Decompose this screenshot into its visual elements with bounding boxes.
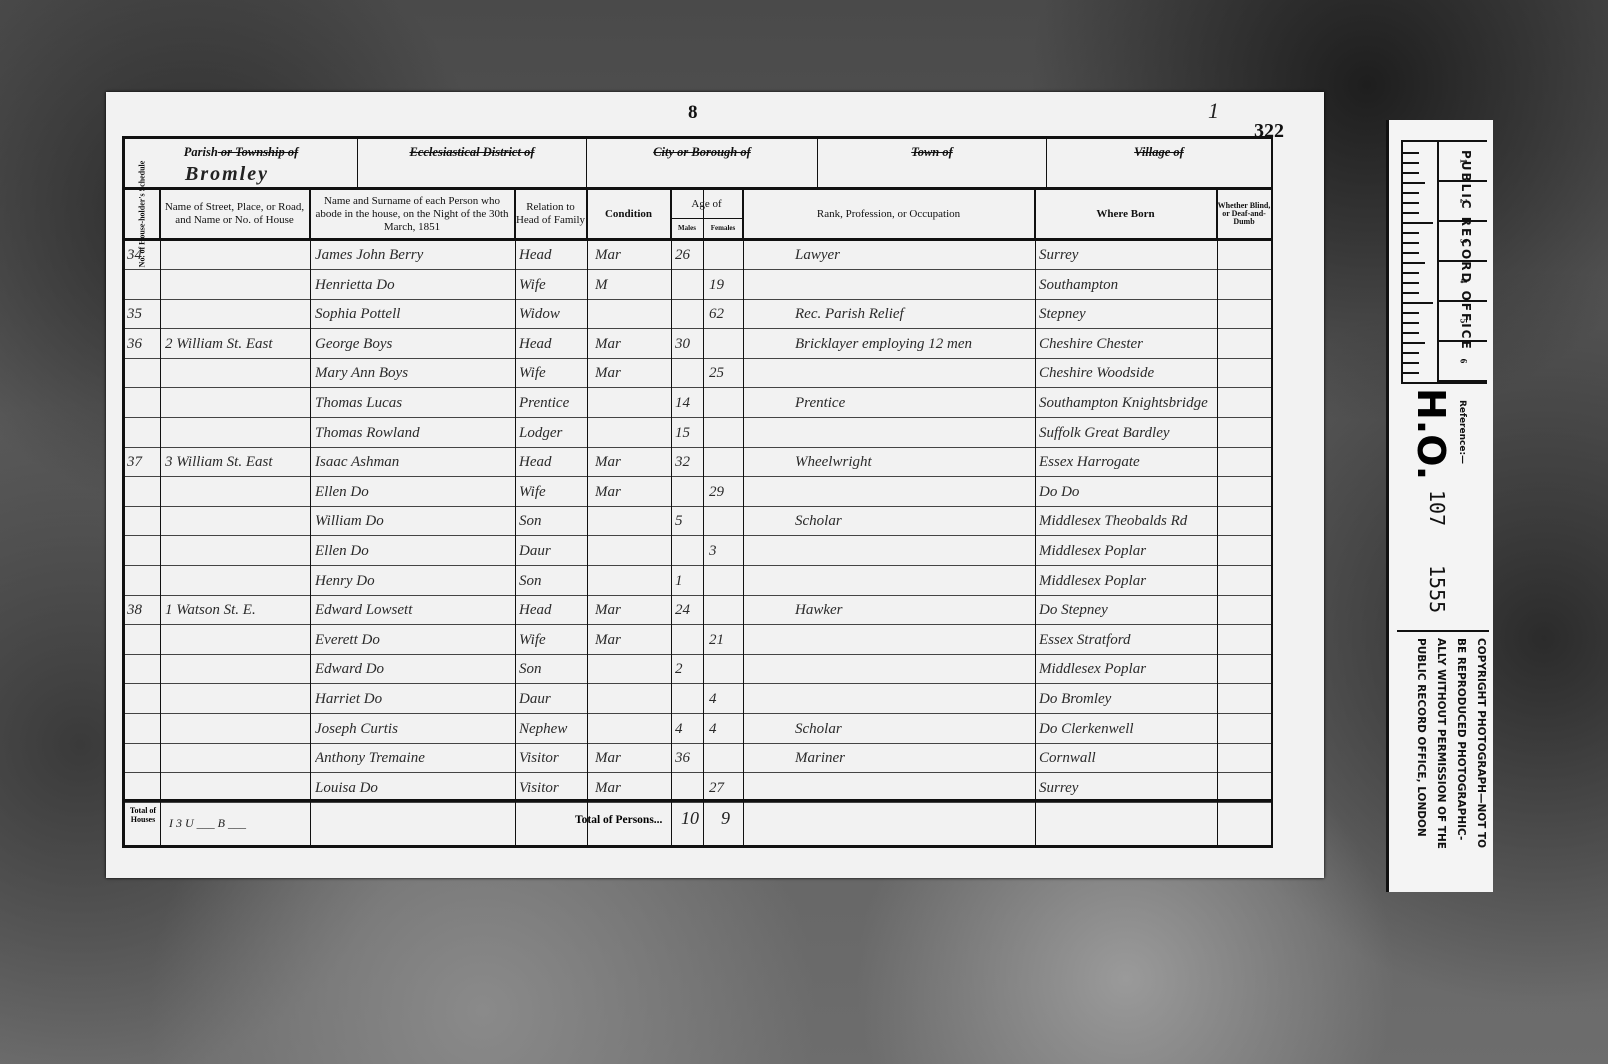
column-divider xyxy=(1217,190,1218,845)
female-age-cell: 19 xyxy=(709,271,741,299)
ruler-tick xyxy=(1403,222,1433,224)
occupation-cell: Lawyer xyxy=(765,241,1063,269)
ruler-tick xyxy=(1403,252,1419,254)
copyright-line-4: PUBLIC RECORD OFFICE, LONDON xyxy=(1415,638,1427,837)
table-row: Thomas RowlandLodger15Suffolk Great Bard… xyxy=(125,419,1271,448)
where-born-cell: Middlesex Poplar xyxy=(1039,567,1215,595)
female-age-cell xyxy=(709,448,741,476)
male-age-cell: 2 xyxy=(675,655,703,683)
ruler-tick xyxy=(1403,212,1419,214)
street-cell xyxy=(165,655,307,683)
condition-cell xyxy=(595,537,667,565)
copyright-line-3: ALLY WITHOUT PERMISSION OF THE xyxy=(1435,638,1447,849)
male-age-cell: 14 xyxy=(675,389,703,417)
name-cell: William Do xyxy=(315,507,513,535)
ruler-tick xyxy=(1403,272,1419,274)
male-age-cell: 15 xyxy=(675,419,703,447)
schedule-cell: 38 xyxy=(127,596,159,624)
street-cell xyxy=(165,685,307,713)
ruler-tick xyxy=(1403,322,1419,324)
occupation-cell xyxy=(765,419,1063,447)
occupation-cell: Hawker xyxy=(765,596,1063,624)
female-age-cell: 62 xyxy=(709,300,741,328)
street-cell xyxy=(165,626,307,654)
name-cell: James John Berry xyxy=(315,241,513,269)
ho-class: H.O. xyxy=(1409,388,1453,480)
male-age-cell: 36 xyxy=(675,744,703,772)
name-cell: George Boys xyxy=(315,330,513,358)
column-divider xyxy=(515,190,516,845)
relation-cell: Daur xyxy=(519,685,585,713)
page-number: 8 xyxy=(688,102,698,124)
table-row: Mary Ann BoysWifeMar25Cheshire Woodside xyxy=(125,359,1271,388)
female-age-cell xyxy=(709,330,741,358)
female-age-cell: 29 xyxy=(709,478,741,506)
schedule-cell: 35 xyxy=(127,300,159,328)
street-cell xyxy=(165,744,307,772)
column-divider xyxy=(671,190,672,845)
occupation-cell: Wheelwright xyxy=(765,448,1063,476)
male-age-cell xyxy=(675,537,703,565)
where-born-cell: Middlesex Poplar xyxy=(1039,655,1215,683)
name-cell: Isaac Ashman xyxy=(315,448,513,476)
male-age-cell xyxy=(675,300,703,328)
male-age-cell: 1 xyxy=(675,567,703,595)
city-label: City or Borough of xyxy=(653,145,751,159)
female-age-cell: 4 xyxy=(709,715,741,743)
district-header: Parish or Township of Bromley Ecclesiast… xyxy=(125,139,1271,190)
where-born-cell: Middlesex Theobalds Rd xyxy=(1039,507,1215,535)
schedule-cell xyxy=(127,537,159,565)
street-cell: 3 William St. East xyxy=(165,448,307,476)
street-cell xyxy=(165,359,307,387)
total-persons-label: Total of Persons... xyxy=(575,814,662,826)
table-row: Harriet DoDaur4Do Bromley xyxy=(125,685,1271,714)
parish-field: Parish or Township of Bromley xyxy=(125,139,358,187)
occupation-cell: Scholar xyxy=(765,507,1063,535)
ruler-tick xyxy=(1403,352,1419,354)
schedule-cell xyxy=(127,271,159,299)
condition-cell: Mar xyxy=(595,774,667,802)
occupation-cell: Rec. Parish Relief xyxy=(765,300,1063,328)
occupation-cell xyxy=(765,271,1063,299)
occupation-cell xyxy=(765,478,1063,506)
folio-number: 1 xyxy=(1208,98,1219,124)
schedule-cell: 34 xyxy=(127,241,159,269)
condition-cell xyxy=(595,655,667,683)
name-cell: Thomas Lucas xyxy=(315,389,513,417)
where-born-cell: Do Clerkenwell xyxy=(1039,715,1215,743)
female-age-cell xyxy=(709,567,741,595)
occupation-cell: Prentice xyxy=(765,389,1063,417)
schedule-cell xyxy=(127,655,159,683)
total-houses-iub: I 3 U ___ B ___ xyxy=(169,816,246,831)
female-age-cell xyxy=(709,507,741,535)
column-divider xyxy=(587,190,588,845)
col-street: Name of Street, Place, or Road, and Name… xyxy=(160,190,310,238)
female-age-cell: 21 xyxy=(709,626,741,654)
street-cell xyxy=(165,241,307,269)
ruler-tick xyxy=(1403,162,1419,164)
male-age-cell: 4 xyxy=(675,715,703,743)
street-cell xyxy=(165,537,307,565)
col-occupation: Rank, Profession, or Occupation xyxy=(743,190,1035,238)
schedule-cell: 36 xyxy=(127,330,159,358)
occupation-cell xyxy=(765,774,1063,802)
where-born-cell: Cornwall xyxy=(1039,744,1215,772)
col-blind-deaf: Whether Blind, or Deaf-and-Dumb xyxy=(1217,190,1271,238)
ruler-tick xyxy=(1403,362,1419,364)
relation-cell: Wife xyxy=(519,359,585,387)
name-cell: Louisa Do xyxy=(315,774,513,802)
female-age-cell xyxy=(709,241,741,269)
parish-label: Parish xyxy=(184,145,218,159)
ruler-tick xyxy=(1403,372,1419,374)
schedule-cell: 37 xyxy=(127,448,159,476)
where-born-cell: Cheshire Woodside xyxy=(1039,359,1215,387)
condition-cell xyxy=(595,389,667,417)
male-age-cell: 24 xyxy=(675,596,703,624)
condition-cell: Mar xyxy=(595,478,667,506)
female-age-cell: 4 xyxy=(709,685,741,713)
total-houses-label: Total of Houses xyxy=(129,806,157,824)
schedule-cell xyxy=(127,507,159,535)
relation-cell: Nephew xyxy=(519,715,585,743)
ruler-tick xyxy=(1403,262,1425,264)
where-born-cell: Do Do xyxy=(1039,478,1215,506)
street-cell xyxy=(165,478,307,506)
relation-cell: Visitor xyxy=(519,744,585,772)
table-row: Everett DoWifeMar21Essex Stratford xyxy=(125,626,1271,655)
table-row: Henry DoSon1Middlesex Poplar xyxy=(125,567,1271,596)
name-cell: Joseph Curtis xyxy=(315,715,513,743)
female-age-cell: 27 xyxy=(709,774,741,802)
table-row: 381 Watson St. E.Edward LowsettHeadMar24… xyxy=(125,596,1271,625)
street-cell xyxy=(165,271,307,299)
condition-cell xyxy=(595,300,667,328)
street-cell xyxy=(165,507,307,535)
condition-cell xyxy=(595,567,667,595)
ruler-tick xyxy=(1403,302,1433,304)
relation-cell: Widow xyxy=(519,300,585,328)
column-divider xyxy=(703,190,704,845)
occupation-cell xyxy=(765,537,1063,565)
male-age-cell xyxy=(675,626,703,654)
schedule-cell xyxy=(127,419,159,447)
female-age-cell xyxy=(709,389,741,417)
schedule-cell xyxy=(127,774,159,802)
reference-card: 123456 PUBLIC RECORD OFFICE Reference:— … xyxy=(1386,120,1493,892)
condition-cell: Mar xyxy=(595,596,667,624)
ruler-tick xyxy=(1403,242,1419,244)
schedule-cell xyxy=(127,389,159,417)
table-row: 35Sophia PottellWidow62Rec. Parish Relie… xyxy=(125,300,1271,329)
street-cell: 2 William St. East xyxy=(165,330,307,358)
column-divider xyxy=(310,190,311,845)
folio-reference: 1555 xyxy=(1425,565,1449,613)
schedule-cell xyxy=(127,685,159,713)
ruler-tick xyxy=(1403,312,1419,314)
condition-cell: Mar xyxy=(595,330,667,358)
male-age-cell: 5 xyxy=(675,507,703,535)
enumeration-table: Parish or Township of Bromley Ecclesiast… xyxy=(122,136,1273,848)
street-cell xyxy=(165,774,307,802)
name-cell: Edward Lowsett xyxy=(315,596,513,624)
where-born-cell: Suffolk Great Bardley xyxy=(1039,419,1215,447)
schedule-cell xyxy=(127,567,159,595)
name-cell: Sophia Pottell xyxy=(315,300,513,328)
where-born-cell: Essex Harrogate xyxy=(1039,448,1215,476)
occupation-cell xyxy=(765,359,1063,387)
town-label: Town of xyxy=(911,145,953,159)
table-row: Ellen DoDaur3Middlesex Poplar xyxy=(125,537,1271,566)
where-born-cell: Essex Stratford xyxy=(1039,626,1215,654)
table-row: 373 William St. EastIsaac AshmanHeadMar3… xyxy=(125,448,1271,477)
street-cell xyxy=(165,389,307,417)
name-cell: Thomas Rowland xyxy=(315,419,513,447)
relation-cell: Son xyxy=(519,567,585,595)
table-row: Anthony TremaineVisitorMar36MarinerCornw… xyxy=(125,744,1271,773)
condition-cell: Mar xyxy=(595,359,667,387)
name-cell: Ellen Do xyxy=(315,478,513,506)
table-row: Ellen DoWifeMar29Do Do xyxy=(125,478,1271,507)
street-cell: 1 Watson St. E. xyxy=(165,596,307,624)
column-divider xyxy=(1035,190,1036,845)
relation-cell: Wife xyxy=(519,478,585,506)
where-born-cell: Stepney xyxy=(1039,300,1215,328)
condition-cell: Mar xyxy=(595,241,667,269)
ruler-tick xyxy=(1403,172,1419,174)
ruler-tick xyxy=(1403,152,1419,154)
total-females: 9 xyxy=(721,808,730,829)
relation-cell: Visitor xyxy=(519,774,585,802)
census-sheet: 8 1 322 Parish or Township of Bromley Ec… xyxy=(106,92,1324,878)
female-age-cell xyxy=(709,596,741,624)
ruler-tick xyxy=(1403,332,1419,334)
col-schedule-no: No. of House-holder's Schedule xyxy=(125,190,160,238)
piece-number: 107 xyxy=(1425,490,1449,526)
male-age-cell xyxy=(675,478,703,506)
street-cell xyxy=(165,567,307,595)
schedule-cell xyxy=(127,715,159,743)
copyright-line-2: BE REPRODUCED PHOTOGRAPHIC- xyxy=(1455,638,1467,840)
column-headers: No. of House-holder's Schedule Name of S… xyxy=(125,190,1271,241)
where-born-cell: Cheshire Chester xyxy=(1039,330,1215,358)
name-cell: Anthony Tremaine xyxy=(315,744,513,772)
col-age: Age of Males Females xyxy=(671,190,743,238)
ecclesiastical-label: Ecclesiastical District of xyxy=(410,145,535,159)
male-age-cell xyxy=(675,271,703,299)
relation-cell: Head xyxy=(519,448,585,476)
relation-cell: Wife xyxy=(519,271,585,299)
relation-cell: Son xyxy=(519,655,585,683)
male-age-cell xyxy=(675,774,703,802)
copyright-line-1: COPYRIGHT PHOTOGRAPH—NOT TO xyxy=(1475,638,1487,848)
table-row: 362 William St. EastGeorge BoysHeadMar30… xyxy=(125,330,1271,359)
relation-cell: Head xyxy=(519,596,585,624)
col-relation: Relation to Head of Family xyxy=(515,190,587,238)
schedule-cell xyxy=(127,478,159,506)
male-age-cell: 32 xyxy=(675,448,703,476)
name-cell: Mary Ann Boys xyxy=(315,359,513,387)
occupation-cell: Scholar xyxy=(765,715,1063,743)
col-condition: Condition xyxy=(587,190,671,238)
city-borough-field: City or Borough of xyxy=(587,139,818,187)
occupation-cell xyxy=(765,655,1063,683)
relation-cell: Daur xyxy=(519,537,585,565)
ruler-tick xyxy=(1403,382,1433,384)
ruler-tick xyxy=(1403,232,1419,234)
card-title: PUBLIC RECORD OFFICE xyxy=(1459,150,1473,351)
relation-cell: Head xyxy=(519,241,585,269)
ruler-tick xyxy=(1403,192,1419,194)
name-cell: Everett Do xyxy=(315,626,513,654)
col-where-born: Where Born xyxy=(1035,190,1217,238)
name-cell: Henry Do xyxy=(315,567,513,595)
relation-cell: Son xyxy=(519,507,585,535)
female-age-cell: 25 xyxy=(709,359,741,387)
table-row: Joseph CurtisNephew44ScholarDo Clerkenwe… xyxy=(125,715,1271,744)
ruler-tick xyxy=(1403,202,1419,204)
ruler-ticks xyxy=(1403,142,1439,382)
ruler-tick xyxy=(1403,342,1425,344)
female-age-cell xyxy=(709,655,741,683)
village-field: Village of xyxy=(1047,139,1271,187)
condition-cell xyxy=(595,715,667,743)
ruler-tick xyxy=(1403,282,1419,284)
table-row: 34James John BerryHeadMar26LawyerSurrey xyxy=(125,241,1271,270)
male-age-cell: 30 xyxy=(675,330,703,358)
scale-ruler: 123456 xyxy=(1401,140,1487,384)
village-label: Village of xyxy=(1134,145,1184,159)
street-cell xyxy=(165,715,307,743)
relation-cell: Lodger xyxy=(519,419,585,447)
condition-cell: Mar xyxy=(595,744,667,772)
ruler-tick xyxy=(1403,292,1419,294)
parish-label-struck: or Township of xyxy=(218,145,298,159)
where-born-cell: Southampton xyxy=(1039,271,1215,299)
col-males: Males xyxy=(671,219,704,238)
name-cell: Henrietta Do xyxy=(315,271,513,299)
where-born-cell: Do Bromley xyxy=(1039,685,1215,713)
parish-value: Bromley xyxy=(185,163,269,186)
town-field: Town of xyxy=(818,139,1047,187)
where-born-cell: Southampton Knightsbridge xyxy=(1039,389,1215,417)
female-age-cell xyxy=(709,744,741,772)
ruler-tick xyxy=(1403,182,1425,184)
copyright-notice: COPYRIGHT PHOTOGRAPH—NOT TO BE REPRODUCE… xyxy=(1397,630,1489,890)
street-cell xyxy=(165,300,307,328)
female-age-cell xyxy=(709,419,741,447)
table-row: Thomas LucasPrentice14PrenticeSouthampto… xyxy=(125,389,1271,418)
relation-cell: Wife xyxy=(519,626,585,654)
schedule-cell xyxy=(127,626,159,654)
totals-row: Total of Houses I 3 U ___ B ___ Total of… xyxy=(125,799,1271,848)
male-age-cell: 26 xyxy=(675,241,703,269)
male-age-cell xyxy=(675,685,703,713)
where-born-cell: Surrey xyxy=(1039,241,1215,269)
column-divider xyxy=(160,190,161,845)
column-divider xyxy=(743,190,744,845)
condition-cell: M xyxy=(595,271,667,299)
col-name: Name and Surname of each Person who abod… xyxy=(310,190,515,238)
occupation-cell xyxy=(765,626,1063,654)
table-row: William DoSon5ScholarMiddlesex Theobalds… xyxy=(125,507,1271,536)
table-row: Henrietta DoWifeM19Southampton xyxy=(125,271,1271,300)
relation-cell: Prentice xyxy=(519,389,585,417)
condition-cell xyxy=(595,685,667,713)
col-females: Females xyxy=(704,219,742,238)
female-age-cell: 3 xyxy=(709,537,741,565)
total-males: 10 xyxy=(681,808,699,829)
condition-cell: Mar xyxy=(595,448,667,476)
where-born-cell: Middlesex Poplar xyxy=(1039,537,1215,565)
condition-cell: Mar xyxy=(595,626,667,654)
occupation-cell: Bricklayer employing 12 men xyxy=(765,330,1063,358)
where-born-cell: Do Stepney xyxy=(1039,596,1215,624)
table-row: Edward DoSon2Middlesex Poplar xyxy=(125,655,1271,684)
name-cell: Edward Do xyxy=(315,655,513,683)
name-cell: Harriet Do xyxy=(315,685,513,713)
condition-cell xyxy=(595,507,667,535)
ecclesiastical-district-field: Ecclesiastical District of xyxy=(358,139,587,187)
condition-cell xyxy=(595,419,667,447)
age-of-label: Age of xyxy=(671,190,742,219)
street-cell xyxy=(165,419,307,447)
relation-cell: Head xyxy=(519,330,585,358)
occupation-cell xyxy=(765,685,1063,713)
male-age-cell xyxy=(675,359,703,387)
occupation-cell xyxy=(765,567,1063,595)
schedule-cell xyxy=(127,359,159,387)
where-born-cell: Surrey xyxy=(1039,774,1215,802)
reference-label: Reference:— xyxy=(1457,400,1467,464)
name-cell: Ellen Do xyxy=(315,537,513,565)
occupation-cell: Mariner xyxy=(765,744,1063,772)
schedule-cell xyxy=(127,744,159,772)
